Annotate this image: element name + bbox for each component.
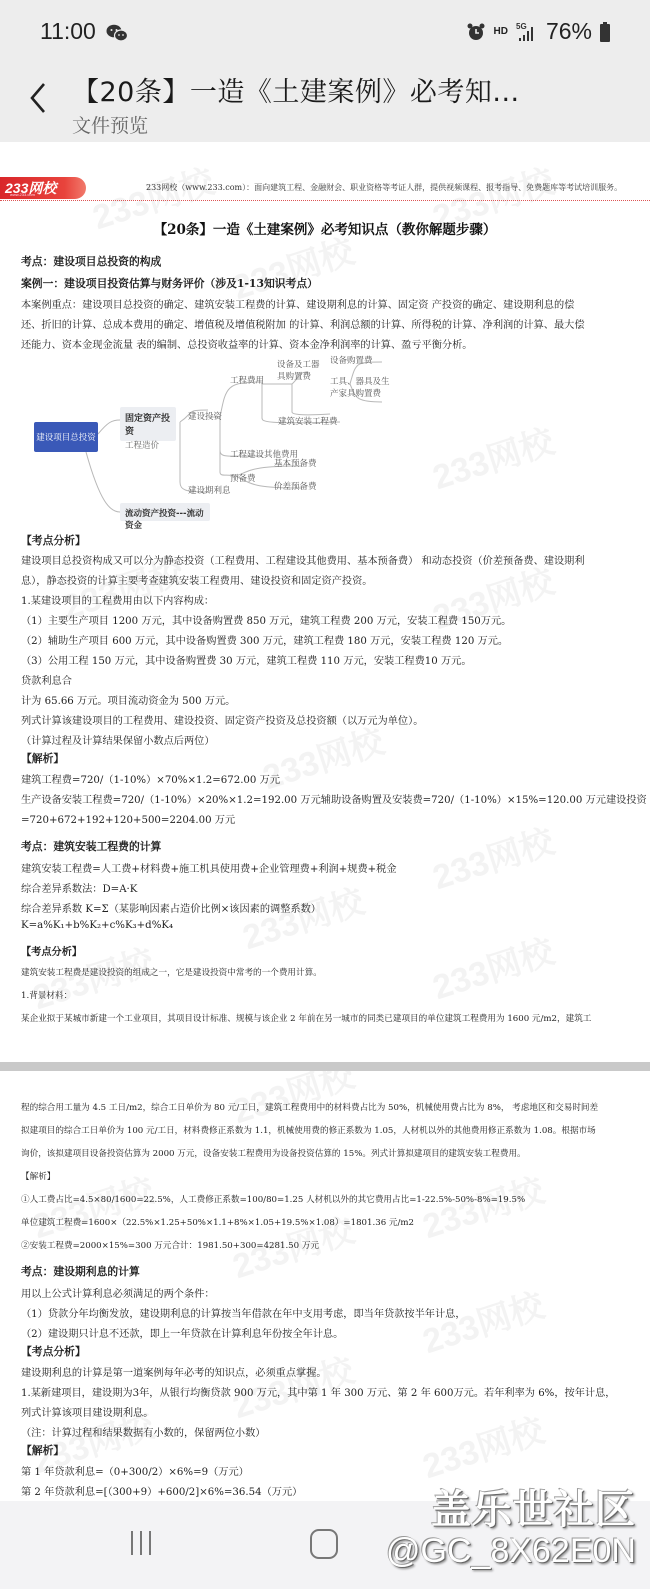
document-line: 考点：建筑安装工程费的计算	[21, 839, 161, 854]
document-line: 【解析】	[21, 1443, 64, 1458]
battery-icon	[600, 22, 610, 42]
logo-233: 233网校 www.233.com	[0, 177, 86, 199]
document-line: 贷款利息合	[21, 672, 72, 687]
document-line: （3）公用工程 150 万元，其中设备购置费 30 万元，建筑工程费 110 万…	[21, 652, 472, 667]
document-line: 用以上公式计算利息必须满足的两个条件：	[21, 1285, 215, 1300]
status-bar: 11:00 HD 5G 76%	[0, 0, 650, 66]
watermark: 233网校	[425, 924, 559, 1009]
document-line: 建筑工程费=720/（1-10%）×70%×1.2=672.00 万元	[21, 771, 280, 786]
page-separator	[0, 1062, 650, 1071]
signal-5g-icon: 5G	[516, 21, 538, 43]
document-line: 拟建项目的综合工日单价为 100 元/工日，材料费修正系数为 1.1，机械使用费…	[21, 1124, 596, 1136]
svg-text:5G: 5G	[516, 22, 527, 31]
page-title: 【20条】一造《土建案例》必考知...	[72, 70, 520, 109]
document-line: 【考点分析】	[21, 943, 82, 958]
watermark: 233网校	[235, 874, 369, 959]
document-line: 综合差异系数法：D=A·K	[21, 880, 137, 895]
watermark: 233网校	[425, 814, 559, 899]
recent-apps-button[interactable]	[128, 1529, 154, 1557]
document-line: （注：计算过程和结果数据有小数的，保留两位小数）	[21, 1424, 266, 1439]
document-line: 第 2 年贷款利息=[（300+9）+600/2]×6%=36.54（万元）	[21, 1483, 302, 1498]
mindmap-working-capital: 流动资产投资---流动资金	[120, 503, 210, 521]
document-line: 1.某建设项目的工程费用由以下内容构成：	[21, 592, 214, 607]
document-line: 生产设备安装工程费=720/（1-10%）×20%×1.2=192.00 万元辅…	[21, 791, 647, 806]
mindmap-diagram: 建设项目总投资 固定资产投资 工程造价 流动资产投资---流动资金 建设投资 工…	[30, 352, 390, 527]
mindmap-equipment-purchase: 设备购置费	[330, 354, 373, 366]
document-line: 1.背景材料：	[21, 989, 72, 1001]
header-divider	[0, 200, 650, 201]
document-line: ②安装工程费=2000×15%=300 万元合计：1981.50+300=428…	[21, 1239, 319, 1251]
document-line: 建筑安装工程费是建设投资的组成之一，它是建设投资中常考的一个费用计算。	[21, 966, 322, 978]
mindmap-building: 建筑安装工程费	[278, 415, 338, 427]
mindmap-reserve: 预备费	[230, 472, 256, 484]
watermark: 233网校	[415, 1403, 549, 1488]
document-line: 案例一：建设项目投资估算与财务评价（涉及1-13知识考点）	[21, 276, 318, 291]
site-description: 233网校（www.233.com）：面向建筑工程、金融财会、职业资格等考证人群…	[146, 182, 622, 193]
document-title: 【20条】一造《土建案例》必考知识点（教你解题步骤）	[0, 218, 650, 238]
watermark: 233网校	[415, 1278, 549, 1363]
document-line: 列式计算该项目建设期利息。	[21, 1404, 153, 1419]
document-line: 建设项目总投资构成又可以分为静态投资（工程费用、工程建设其他费用、基本预备费） …	[21, 552, 585, 567]
wechat-icon	[106, 24, 128, 42]
document-line: 考点：建设项目总投资的构成	[21, 254, 161, 269]
document-line: （1）主要生产项目 1200 万元，其中设备购置费 850 万元，建筑工程费 2…	[21, 612, 511, 627]
page-subtitle: 文件预览	[72, 111, 148, 138]
document-line: 【考点分析】	[21, 533, 86, 548]
mindmap-tools: 工具、器具及生 产家具购置费	[330, 376, 390, 400]
document-line: 建设期利息的计算是第一道案例每年必考的知识点，必须重点掌握。	[21, 1364, 327, 1379]
document-line: （计算过程及计算结果保留小数点后两位）	[21, 732, 215, 747]
document-line: 询价，该拟建项目设备投资估算为 2000 万元，设备安装工程费用为设备投资估算的…	[21, 1147, 526, 1159]
document-line: 【解析】	[21, 1170, 55, 1182]
document-line: （1）贷款分年均衡发放，建设期利息的计算按当年借款在年中支用考虑，即当年贷款按半…	[21, 1305, 466, 1320]
mindmap-engineering: 工程费用	[230, 374, 264, 386]
document-line: 本案例重点：建设项目总投资的确定、建筑安装工程费的计算、建设期利息的计算、固定资…	[21, 296, 574, 311]
document-line: 1.某新建项目，建设期为3年，从银行均衡贷款 900 万元，其中第 1 年 30…	[21, 1384, 615, 1399]
document-line: 单位建筑工程费=1600×（22.5%×1.25+50%×1.1+8%×1.05…	[21, 1216, 414, 1228]
document-line: 某企业拟于某城市新建一个工业项目，其项目设计标准、规模与该企业 2 年前在另一城…	[21, 1012, 591, 1024]
document-line: 计为 65.66 万元。项目流动资金为 500 万元。	[21, 692, 235, 707]
watermark: 233网校	[425, 414, 559, 499]
document-line: 【考点分析】	[21, 1344, 86, 1359]
community-watermark: 盖乐世社区	[431, 1478, 636, 1535]
battery-percent: 76%	[546, 18, 592, 45]
mindmap-basic-reserve: 基本预备费	[274, 457, 317, 469]
user-watermark: @GC_8X62E0N	[386, 1532, 636, 1571]
document-line: K=a%K₁+b%K₂+c%K₃+d%K₄	[21, 920, 173, 931]
back-button[interactable]	[20, 78, 54, 118]
document-line: 第 1 年贷款利息=（0+300/2）×6%=9（万元）	[21, 1463, 249, 1478]
alarm-icon	[466, 22, 486, 42]
status-icons: HD 5G 76%	[466, 18, 611, 45]
document-line: （2）建设期只计息不还款，即上一年贷款在计算利息年份按全年计息。	[21, 1325, 343, 1340]
home-button[interactable]	[310, 1529, 338, 1559]
status-time: 11:00	[40, 18, 96, 45]
mindmap-interest: 建设期利息	[188, 484, 231, 496]
mindmap-price-reserve: 价差预备费	[274, 480, 317, 492]
document-page-1[interactable]: 233网校 233网校 233网校 233网校 233网校 233网校 233网…	[0, 142, 650, 1062]
mindmap-construction: 建设投资	[188, 410, 222, 422]
document-line: 建筑安装工程费=人工费+材料费+施工机具使用费+企业管理费+利润+规费+税金	[21, 860, 397, 875]
mindmap-equipment: 设备及工器 具购置费	[277, 359, 320, 383]
document-line: 还能力、资本金现金流量 表的编制、总投资收益率的计算、资本金净利润率的计算、盈亏…	[21, 336, 472, 351]
mindmap-root: 建设项目总投资	[34, 422, 98, 452]
document-line: 列式计算该建设项目的工程费用、建设投资、固定资产投资及总投资额（以万元为单位）。	[21, 712, 423, 727]
document-page-2[interactable]: 233网校 233网校 233网校 233网校 233网校 233网校 233网…	[0, 1071, 650, 1501]
hd-label: HD	[494, 26, 508, 37]
document-line: ①人工费占比=4.5×80/1600=22.5%，人工费修正系数=100/80=…	[21, 1193, 525, 1205]
document-line: （2）辅助生产项目 600 万元，其中设备购置费 300 万元，建筑工程费 18…	[21, 632, 508, 647]
document-line: =720+672+192+120+500=2204.00 万元	[21, 811, 235, 826]
document-line: 考点：建设期利息的计算	[21, 1264, 140, 1279]
document-line: 程的综合用工量为 4.5 工日/m2，综合工日单价为 80 元/工日，建筑工程费…	[21, 1101, 598, 1113]
document-line: 综合差异系数 K=Σ（某影响因素占造价比例×该因素的调整系数）	[21, 900, 321, 915]
document-line: 【解析】	[21, 751, 64, 766]
app-header: 【20条】一造《土建案例》必考知... 文件预览	[0, 66, 650, 142]
watermark: 233网校	[415, 1163, 549, 1248]
mindmap-fixed-assets: 固定资产投资 工程造价	[120, 407, 176, 441]
document-line: 息），静态投资的计算主要考查建筑安装工程费用、建设投资和固定资产投资。	[21, 572, 372, 587]
document-line: 还、折旧的计算、总成本费用的确定、增值税及增值税附加 的计算、利润总额的计算、所…	[21, 316, 585, 331]
